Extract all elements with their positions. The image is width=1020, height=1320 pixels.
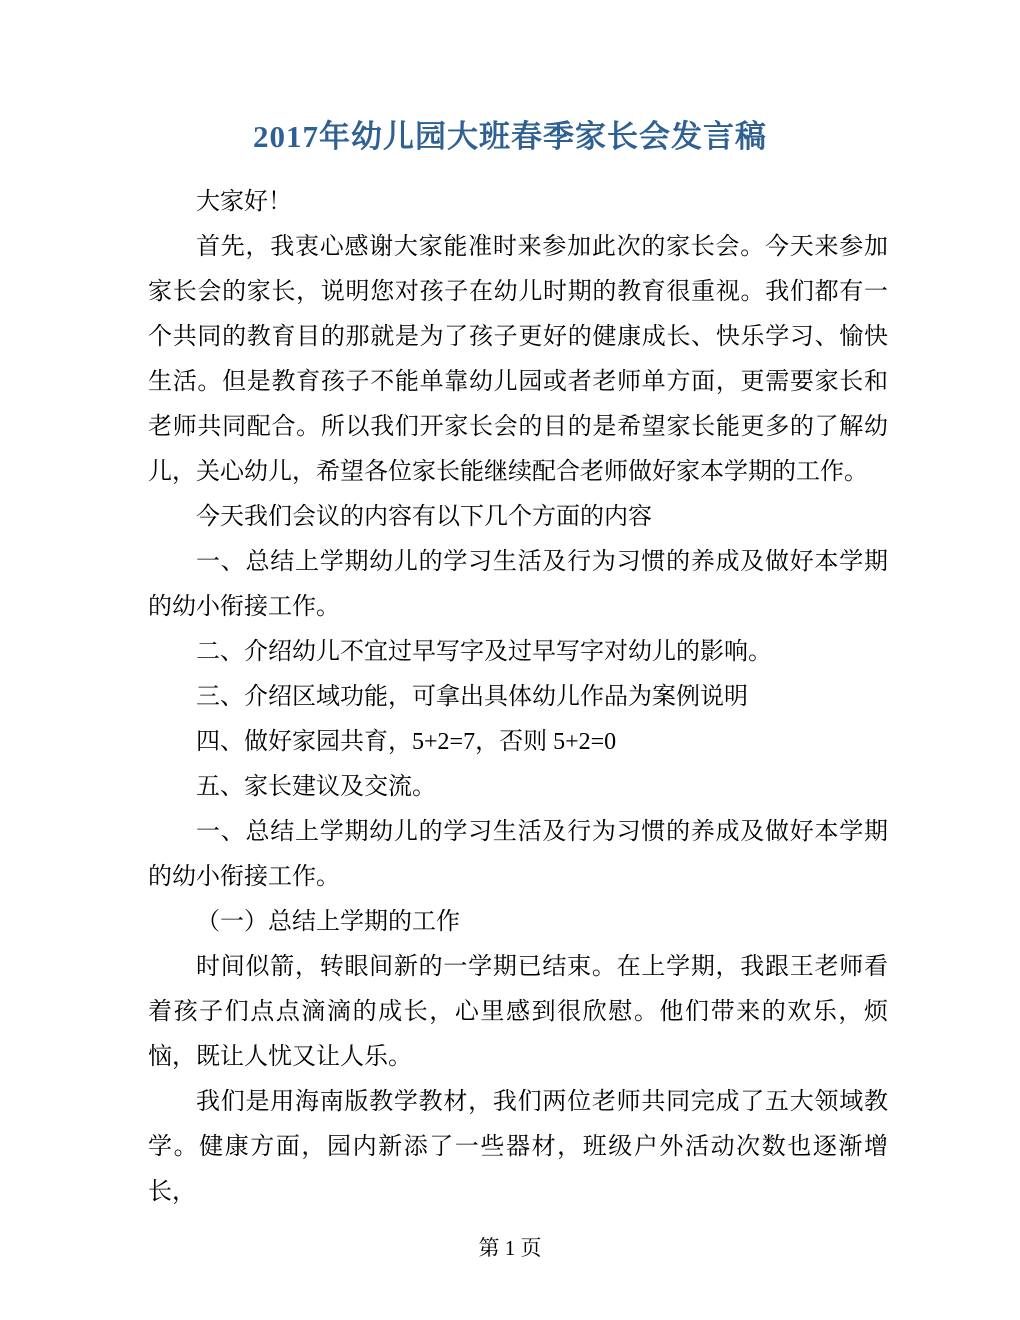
paragraph: 时间似箭，转眼间新的一学期已结束。在上学期，我跟王老师看着孩子们点点滴滴的成长，… [148,945,888,1080]
paragraph: 四、做好家园共育，5+2=7，否则 5+2=0 [148,720,888,765]
paragraph: 一、总结上学期幼儿的学习生活及行为习惯的养成及做好本学期的幼小衔接工作。 [148,810,888,900]
paragraph: 今天我们会议的内容有以下几个方面的内容 [148,495,888,540]
document-body: 大家好！首先，我衷心感谢大家能准时来参加此次的家长会。今天来参加家长会的家长，说… [148,180,888,1215]
page-footer: 第 1 页 [0,1226,1020,1271]
paragraph: （一）总结上学期的工作 [148,900,888,945]
paragraph: 二、介绍幼儿不宜过早写字及过早写字对幼儿的影响。 [148,630,888,675]
document-page: 2017年幼儿园大班春季家长会发言稿 大家好！首先，我衷心感谢大家能准时来参加此… [0,0,1020,1320]
paragraph: 一、总结上学期幼儿的学习生活及行为习惯的养成及做好本学期的幼小衔接工作。 [148,540,888,630]
paragraph: 大家好！ [148,180,888,225]
paragraph: 三、介绍区域功能，可拿出具体幼儿作品为案例说明 [148,675,888,720]
page-number: 第 1 页 [479,1236,542,1260]
document-title: 2017年幼儿园大班春季家长会发言稿 [0,112,1020,162]
paragraph: 首先，我衷心感谢大家能准时来参加此次的家长会。今天来参加家长会的家长，说明您对孩… [148,225,888,495]
paragraph: 五、家长建议及交流。 [148,765,888,810]
paragraph: 我们是用海南版教学教材，我们两位老师共同完成了五大领域教学。健康方面，园内新添了… [148,1080,888,1215]
